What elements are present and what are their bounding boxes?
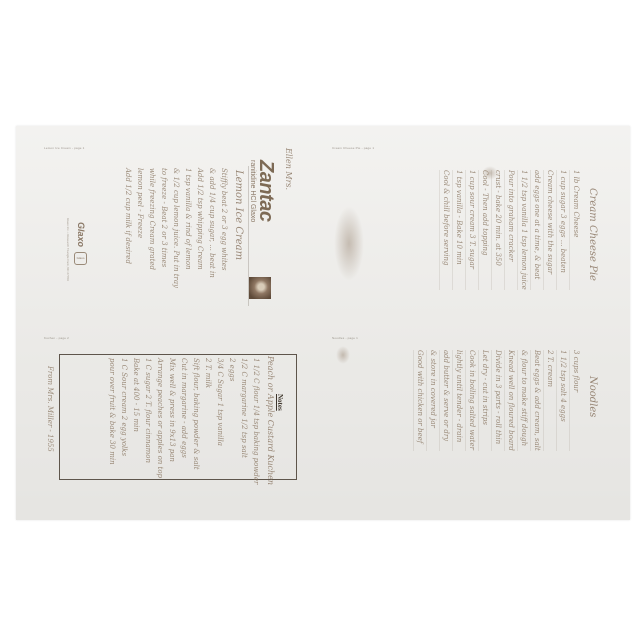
ad-fine-print: Glaxo Inc. • Research Triangle Park, NC …: [66, 218, 70, 281]
recipe-line: & flour to make stiff dough: [517, 350, 530, 451]
recipe-line: Beat eggs & add cream, salt: [530, 350, 543, 451]
recipe-line: & add 1/4 cup sugar, ... beat in: [206, 168, 218, 288]
recipe-line: 3 cups flour: [569, 350, 582, 451]
card-title: Peach or Apple Custard Kuchen: [264, 356, 276, 485]
recipe-line: 1 1/2 tsp vanilla 1 tsp lemon juice: [517, 170, 530, 290]
recipe-line: lemon peel - Freeze: [134, 168, 146, 288]
recipe-line: 1 cup sour cream 3 T. sugar: [465, 170, 478, 290]
card-bottom-left: Kuchen - page 2 Notes Peach or Apple Cus…: [44, 336, 304, 501]
recipe-line: Add 1/2 tsp whipping Cream: [194, 168, 206, 288]
recipe-line: & store in covered jar: [426, 350, 439, 451]
recipe-line: 1 tsp vanilla & rind of lemon: [182, 168, 194, 288]
recipe-line: Good with chicken or beef: [413, 350, 426, 451]
glaxo-badge-icon: Glaxo: [74, 252, 87, 265]
recipe-line: 2 T. milk: [202, 358, 214, 484]
recipe-line: lightly until tender - drain: [452, 350, 465, 451]
notes-header: Notes: [276, 394, 284, 411]
recipe-line: Pour into graham cracker: [504, 170, 517, 290]
recipe-lines: 1 1/2 C flour 1/4 tsp baking powder 1/2 …: [106, 358, 262, 484]
recipe-line: Knead well on floured board: [504, 350, 517, 451]
recipe-line: 2 eggs: [226, 358, 238, 484]
recipe-line: & 1/2 cup lemon juice. Put in tray: [170, 168, 182, 288]
recipe-line: Add 1/2 cup milk if desired: [122, 168, 134, 288]
recipe-line: Stiffly beat 2 or 3 egg whites: [218, 168, 230, 288]
recipe-line: crust - bake 20 min. at 350: [491, 170, 504, 290]
card-title: Lemon Ice Cream: [232, 170, 244, 260]
recipe-line: 1 C Sour cream 2 egg yolks: [118, 358, 130, 484]
stain-mark: [336, 346, 350, 364]
recipe-lines: 3 cups flour 1 1/2 tsp salt 4 eggs 2 T. …: [413, 350, 582, 451]
stain-mark: [334, 206, 364, 281]
card-title: Noodles: [586, 376, 598, 417]
recipe-line: to freeze - Beat 2 or 3 times: [158, 168, 170, 288]
recipe-line: Cut in margarine - add eggs: [178, 358, 190, 484]
recipe-line: 1 1/2 C flour 1/4 tsp baking powder: [250, 358, 262, 484]
card-label: Cream Cheese Pie - page 1: [332, 146, 374, 150]
recipe-line: 2 T. cream: [543, 350, 556, 451]
card-label: Kuchen - page 2: [44, 336, 69, 340]
card-top-right: Cream Cheese Pie - page 1 Cream Cheese P…: [332, 146, 617, 311]
recipe-line: 1 lb Cream Cheese: [569, 170, 582, 290]
fabric-print: Lemon Ice Cream - page 1 Zantac ranitidi…: [16, 126, 630, 520]
recipe-line: Cream cheese with the sugar: [543, 170, 556, 290]
recipe-line: Sift flour, baking powder & salt: [190, 358, 202, 484]
glaxo-logo: Glaxo: [76, 222, 86, 247]
recipe-line: add eggs one at a time, & beat: [530, 170, 543, 290]
recipe-line: 1 1/2 tsp salt 4 eggs: [556, 350, 569, 451]
recipe-line: Let dry - cut in strips: [478, 350, 491, 451]
header-handwriting: Ellen Mrs.: [282, 148, 294, 190]
recipe-lines: 1 lb Cream Cheese 1 cup sugar 3 eggs ...…: [439, 170, 582, 290]
recipe-line: pour over fruit & bake 30 min: [106, 358, 118, 484]
recipe-line: add butter & serve or dry: [439, 350, 452, 451]
recipe-lines: Stiffly beat 2 or 3 egg whites & add 1/4…: [122, 168, 230, 288]
ad-photo-image: [249, 277, 271, 299]
recipe-line: 1/2 C margarine 1/2 tsp salt: [238, 358, 250, 484]
recipe-line: 1 C sugar 2 T. flour cinnamon: [142, 358, 154, 484]
recipe-line: Cool - Then add topping: [478, 170, 491, 290]
recipe-line: Divide in 3 parts - roll thin: [491, 350, 504, 451]
recipe-line: 3/4 C Sugar 1 tsp vanilla: [214, 358, 226, 484]
ad-divider: [248, 166, 249, 306]
card-bottom-right: Noodles - page 1 Noodles 3 cups flour 1 …: [332, 336, 617, 501]
recipe-line: Arrange peaches or apples on top: [154, 358, 166, 484]
recipe-line: Mix well & press in 9x13 pan: [166, 358, 178, 484]
card-top-left: Lemon Ice Cream - page 1 Zantac ranitidi…: [44, 146, 304, 311]
recipe-line: Bake at 400 - 15 min: [130, 358, 142, 484]
recipe-line: 1 tsp vanilla - Bake 10 min: [452, 170, 465, 290]
recipe-line: 1 cup sugar 3 eggs ... beaten: [556, 170, 569, 290]
side-note: From Mrs. Miller - 1955: [44, 366, 56, 452]
recipe-line: while freezing Cream grated: [146, 168, 158, 288]
card-title: Cream Cheese Pie: [586, 188, 598, 281]
card-label: Lemon Ice Cream - page 1: [44, 146, 85, 150]
card-label: Noodles - page 1: [332, 336, 358, 340]
recipe-line: Cool & chill before serving: [439, 170, 452, 290]
recipe-line: Cook in boiling salted water: [465, 350, 478, 451]
